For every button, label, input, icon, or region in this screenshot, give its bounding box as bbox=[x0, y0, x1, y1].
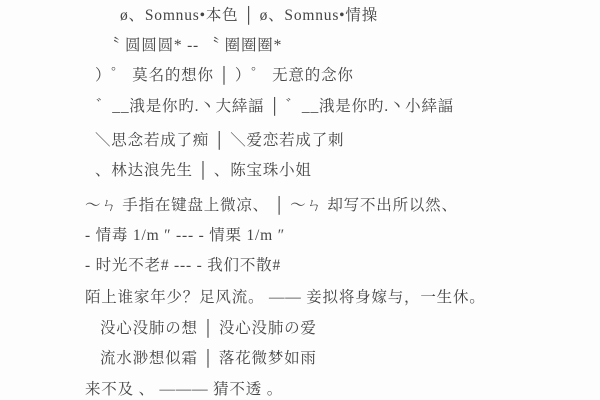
text-line: - 情毒 1/m ″ --- - 情栗 1/m ″ bbox=[85, 226, 285, 246]
text-line: 陌上谁家年少？足风流。 —— 妾拟将身嫁与，一生休。 bbox=[85, 288, 486, 308]
text-line: - 时光不老# --- - 我们不散# bbox=[85, 256, 281, 276]
text-line: ）゜ 莫名的想你 │ ）゜ 无意的念你 bbox=[95, 66, 354, 86]
text-line: ゛__涐是你旳.丶大緈諨 │ ゛__涐是你旳.丶小緈諨 bbox=[96, 97, 454, 117]
text-line: 来不及 、 ——— 猜不透 。 bbox=[85, 380, 283, 400]
text-line: 〝 圆圆圆* -- 〝 圈圈圈* bbox=[104, 36, 282, 56]
text-line: ＼思念若成了痴 │ ＼爱恋若成了刺 bbox=[95, 131, 344, 151]
text-line: 流水渺想似霜 │ 落花微梦如雨 bbox=[100, 349, 317, 369]
text-page: ø、Somnus•本色 │ ø、Somnus•情操 〝 圆圆圆* -- 〝 圈圈… bbox=[0, 0, 600, 400]
text-line: 没心没肺の想 │ 没心没肺の爱 bbox=[100, 319, 317, 339]
text-line: ø、Somnus•本色 │ ø、Somnus•情操 bbox=[120, 6, 378, 26]
text-line: 〜ㄣ 手指在键盘上微凉、 │ 〜ㄣ 却写不出所以然、 bbox=[85, 196, 458, 216]
text-line: 、林达浪先生 │ 、陈宝珠小姐 bbox=[95, 161, 312, 181]
